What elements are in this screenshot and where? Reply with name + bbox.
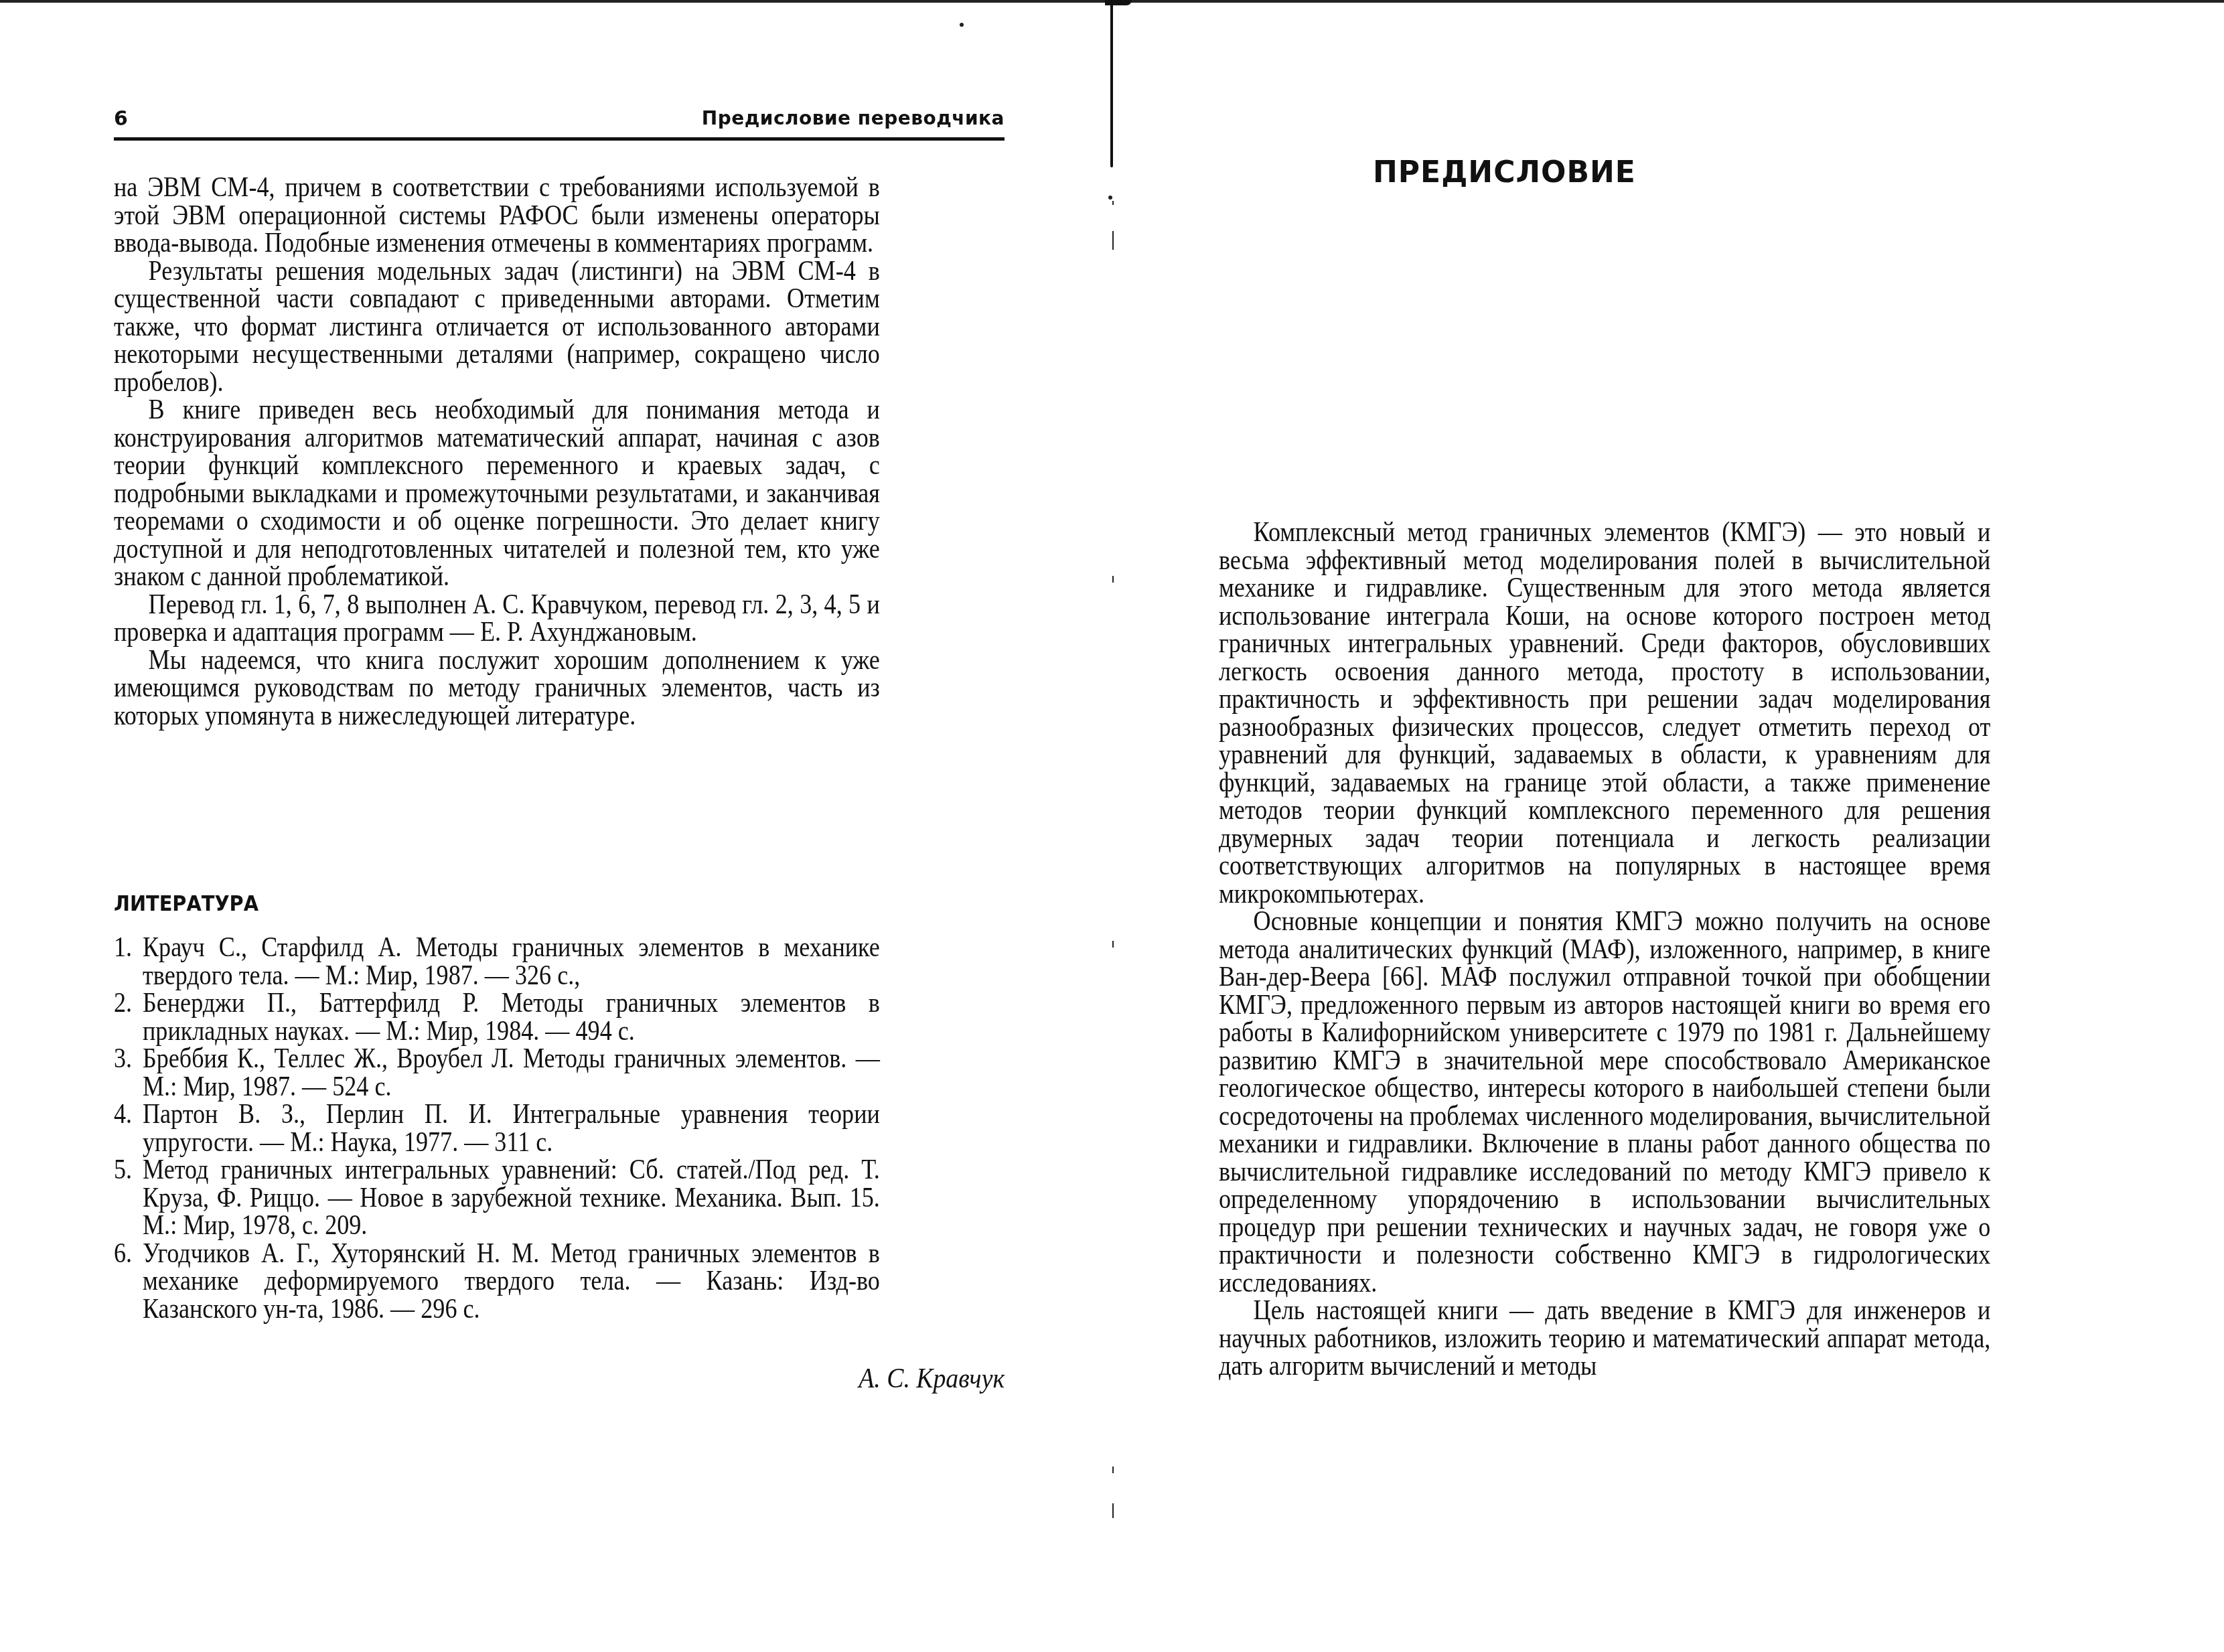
reference-item: 4. Партон В. З., Перлин П. И. Интегральн… (114, 1101, 880, 1156)
right-page: ПРЕДИСЛОВИЕ Комплексный метод граничных … (1219, 0, 2116, 1652)
body-text: Комплексный метод граничных элементов (К… (1219, 519, 1990, 1381)
book-gutter-line (1110, 0, 1113, 167)
gutter-mark (1112, 201, 1114, 205)
reference-number: 3. (114, 1045, 143, 1101)
scan-speck (1108, 196, 1112, 200)
running-head: 6 Предисловие переводчика (114, 107, 1005, 141)
paragraph: на ЭВМ СМ-4, причем в соответствии с тре… (114, 174, 880, 258)
running-title: Предисловие переводчика (702, 107, 1005, 129)
reference-number: 4. (114, 1101, 143, 1156)
reference-number: 1. (114, 934, 143, 990)
paragraph: В книге приведен весь необходимый для по… (114, 396, 880, 591)
translator-signature: А. С. Кравчук (859, 1363, 1005, 1395)
paragraph: Комплексный метод граничных элементов (К… (1219, 519, 1990, 908)
reference-text: Угодчиков А. Г., Хуторянский Н. М. Метод… (143, 1240, 880, 1324)
chapter-title: ПРЕДИСЛОВИЕ (1373, 155, 1636, 190)
paragraph: Перевод гл. 1, 6, 7, 8 выполнен А. С. Кр… (114, 591, 880, 647)
reference-number: 5. (114, 1156, 143, 1240)
reference-item: 1. Крауч С., Старфилд А. Методы граничны… (114, 934, 880, 990)
paragraph: Цель настоящей книги — дать введение в К… (1219, 1297, 1990, 1381)
gutter-mark (1112, 231, 1114, 250)
gutter-mark (1112, 1467, 1114, 1473)
paragraph: Основные концепции и понятия КМГЭ можно … (1219, 908, 1990, 1297)
gutter-mark (1112, 941, 1114, 948)
header-rule (114, 137, 1005, 141)
reference-item: 5. Метод граничных интегральных уравнени… (114, 1156, 880, 1240)
paragraph: Результаты решения модельных задач (лист… (114, 258, 880, 397)
reference-text: Бенерджи П., Баттерфилд Р. Методы гранич… (143, 990, 880, 1045)
paragraph: Мы надеемся, что книга послужит хорошим … (114, 647, 880, 731)
reference-text: Метод граничных интегральных уравнений: … (143, 1156, 880, 1240)
left-page: 6 Предисловие переводчика на ЭВМ СМ-4, п… (114, 0, 1005, 1652)
reference-item: 3. Бреббия К., Теллес Ж., Вроубел Л. Мет… (114, 1045, 880, 1101)
reference-item: 6. Угодчиков А. Г., Хуторянский Н. М. Ме… (114, 1240, 880, 1324)
body-text: на ЭВМ СМ-4, причем в соответствии с тре… (114, 174, 880, 730)
reference-text: Бреббия К., Теллес Ж., Вроубел Л. Методы… (143, 1045, 880, 1101)
gutter-mark (1112, 1503, 1114, 1518)
reference-list: 1. Крауч С., Старфилд А. Методы граничны… (114, 934, 880, 1323)
reference-item: 2. Бенерджи П., Баттерфилд Р. Методы гра… (114, 990, 880, 1045)
page-number: 6 (114, 107, 128, 131)
book-spine-shadow (1105, 0, 1132, 5)
gutter-mark (1112, 576, 1114, 583)
reference-number: 2. (114, 990, 143, 1045)
reference-text: Крауч С., Старфилд А. Методы граничных э… (143, 934, 880, 990)
reference-text: Партон В. З., Перлин П. И. Интегральные … (143, 1101, 880, 1156)
reference-number: 6. (114, 1240, 143, 1324)
literature-heading: ЛИТЕРАТУРА (114, 891, 258, 916)
